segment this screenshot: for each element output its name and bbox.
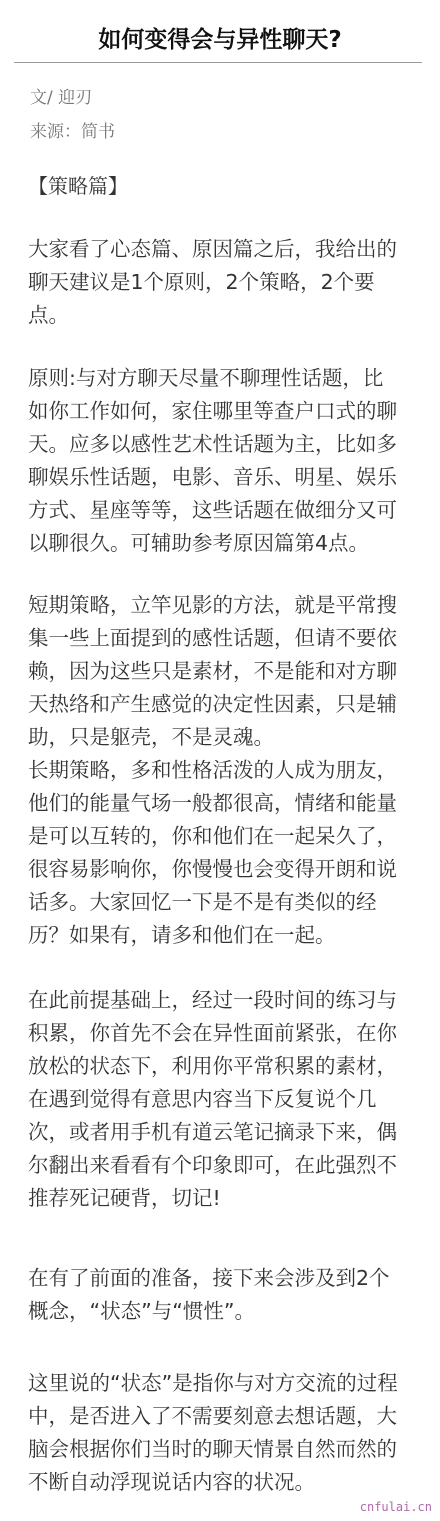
text-line: 他们的能量气场一般都很高，情绪和能量 [28,787,420,820]
text-line: 在有了前面的准备，接下来会涉及到2个 [28,1262,420,1295]
text-line: 以聊很久。可辅助参考原因篇第4点。 [28,527,420,560]
text-line: 在此前提基础上，经过一段时间的练习与 [28,984,420,1017]
paragraph-practice: 在此前提基础上，经过一段时间的练习与 积累，你首先不会在异性面前紧张，在你 放松… [28,984,420,1215]
text-line: 尔翻出来看看有个印象即可，在此强烈不 [28,1149,420,1182]
text-line: 助，只是躯壳，不是灵魂。 [28,721,420,754]
text-line: 聊娱乐性话题，电影、音乐、明星、娱乐 [28,461,420,494]
section-heading: 【策略篇】 [28,171,128,201]
text-line: 不断自动浮现说话内容的状况。 [28,1466,420,1499]
paragraph-state: 这里说的“状态”是指你与对方交流的过程 中，是否进入了不需要刻意去想话题，大 脑… [28,1367,420,1499]
text-line: 集一些上面提到的感性话题，但请不要依 [28,622,420,655]
author-line: 文/ 迎刃 [30,86,92,110]
text-line: 天。应多以感性艺术性话题为主，比如多 [28,428,420,461]
paragraph-concepts: 在有了前面的准备，接下来会涉及到2个 概念，“状态”与“惯性”。 [28,1262,420,1328]
text-line: 概念，“状态”与“惯性”。 [28,1295,420,1328]
article-title: 如何变得会与异性聊天? [0,22,440,58]
text-line: 历？如果有，请多和他们在一起。 [28,919,420,952]
watermark: cnfulai.cn [360,1500,432,1514]
text-line: 是可以互转的，你和他们在一起呆久了， [28,820,420,853]
paragraph-principle: 原则:与对方聊天尽量不聊理性话题，比 如你工作如何，家住哪里等查户口式的聊 天。… [28,362,420,560]
text-line: 短期策略，立竿见影的方法，就是平常搜 [28,589,420,622]
text-line: 积累，你首先不会在异性面前紧张，在你 [28,1017,420,1050]
paragraph-strategies: 短期策略，立竿见影的方法，就是平常搜 集一些上面提到的感性话题，但请不要依 赖，… [28,589,420,952]
source-line: 来源：简书 [30,120,115,144]
paragraph-intro: 大家看了心态篇、原因篇之后，我给出的 聊天建议是1个原则，2个策略，2个要 点。 [28,233,420,332]
text-line: 天热络和产生感觉的决定性因素，只是辅 [28,688,420,721]
text-line: 话多。大家回忆一下是不是有类似的经 [28,886,420,919]
text-line: 脑会根据你们当时的聊天情景自然而然的 [28,1433,420,1466]
text-line: 点。 [28,299,420,332]
text-line: 在遇到觉得有意思内容当下反复说个几 [28,1083,420,1116]
text-line: 这里说的“状态”是指你与对方交流的过程 [28,1367,420,1400]
text-line: 聊天建议是1个原则，2个策略，2个要 [28,266,420,299]
text-line: 推荐死记硬背，切记! [28,1182,420,1215]
text-line: 大家看了心态篇、原因篇之后，我给出的 [28,233,420,266]
text-line: 很容易影响你，你慢慢也会变得开朗和说 [28,853,420,886]
text-line: 长期策略，多和性格活泼的人成为朋友， [28,754,420,787]
text-line: 中，是否进入了不需要刻意去想话题，大 [28,1400,420,1433]
title-divider [14,62,422,63]
text-line: 次，或者用手机有道云笔记摘录下来，偶 [28,1116,420,1149]
text-line: 原则:与对方聊天尽量不聊理性话题，比 [28,362,420,395]
text-line: 如你工作如何，家住哪里等查户口式的聊 [28,395,420,428]
text-line: 方式、星座等等，这些话题在做细分又可 [28,494,420,527]
text-line: 放松的状态下，利用你平常积累的素材， [28,1050,420,1083]
text-line: 赖，因为这些只是素材，不是能和对方聊 [28,655,420,688]
